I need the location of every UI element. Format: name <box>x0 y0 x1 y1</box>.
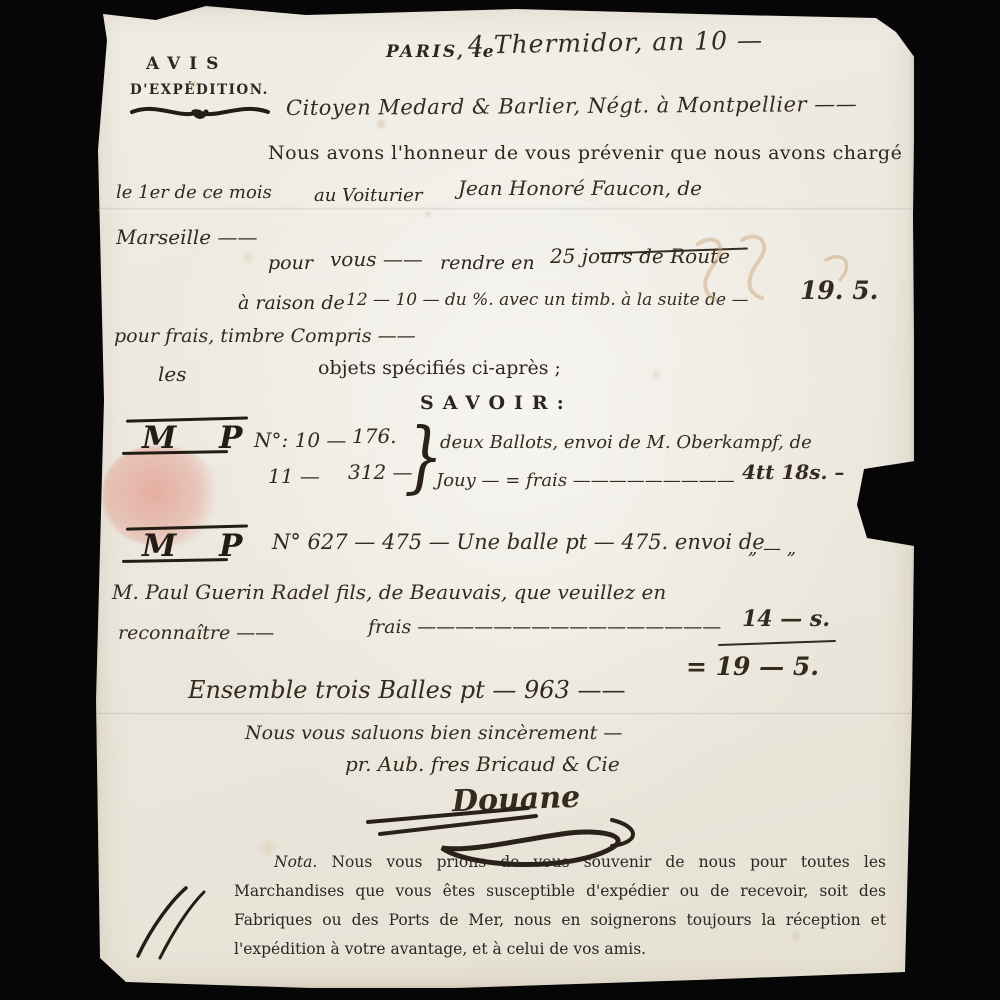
entry2-line3-frais: frais ———————————————— <box>368 616 721 638</box>
fold-crease <box>98 207 912 211</box>
expedition-label: D'EXPÉDITION. <box>130 82 269 98</box>
body-line1: Nous avons l'honneur de vous prévenir qu… <box>268 142 902 164</box>
avis-label: AVIS <box>146 54 227 74</box>
entry1-weight2: 312 — <box>348 460 413 484</box>
entry1-description1: deux Ballots, envoi de M. Oberkampf, de <box>440 432 812 453</box>
body-line3-hand: Marseille —— <box>116 225 257 249</box>
entry1-weight1: 176. <box>352 424 397 448</box>
fold-crease <box>98 712 912 716</box>
body-line4-printed1: pour <box>268 252 313 274</box>
body-line4-hand1: vous —— <box>330 247 423 271</box>
header-swash-bracket-icon <box>128 100 273 128</box>
body-line4-printed2: rendre en <box>440 252 535 274</box>
body-line5-printed: à raison de <box>238 292 345 314</box>
entry2-line3-left: reconnaître —— <box>118 622 274 644</box>
entry2-line2: M. Paul Guerin Radel fils, de Beauvais, … <box>112 580 666 604</box>
total-amount: = 19 — 5. <box>686 652 819 681</box>
closing-line: Nous vous saluons bien sincèrement — <box>245 722 622 744</box>
entry2-line1: N° 627 — 475 — Une balle pt — 475. envoi… <box>272 530 765 554</box>
salutation-line: Citoyen Medard & Barlier, Négt. à Montpe… <box>286 92 857 120</box>
entry1-amount: 4tt 18s. – <box>742 460 844 484</box>
entry1-number2: 11 — <box>268 464 320 488</box>
entry1-description2: Jouy — = frais ————————— <box>436 470 735 491</box>
scanned-document: AVIS D'EXPÉDITION. PARIS, le 4 Thermidor… <box>0 0 1000 1000</box>
body-line6-hand: pour frais, timbre Compris —— <box>114 325 416 347</box>
nota-paragraph: Nota. Nous vous prions de vous souvenir … <box>234 848 886 964</box>
signature-firm: pr. Aub. fres Bricaud & Cie <box>345 752 620 776</box>
entry1-mark: M P <box>142 420 258 456</box>
body-line2-printed: au Voiturier <box>314 185 422 206</box>
ensemble-line: Ensemble trois Balles pt — 963 —— <box>188 676 625 704</box>
entry1-number1: N°: 10 — <box>254 428 346 452</box>
nota-text: Nous vous prions de vous souvenir de nou… <box>234 853 886 958</box>
entry2-ditto-marks: „ — „ <box>748 538 796 559</box>
body-line2-hand1: le 1er de ce mois <box>116 182 272 203</box>
nota-label: Nota. <box>274 853 317 871</box>
entry2-mark: M P <box>142 528 258 564</box>
ink-bleedthrough-mark <box>676 230 876 330</box>
body-line7-printed: objets spécifiés ci-après ; <box>318 357 561 379</box>
date-handwritten: 4 Thermidor, an 10 — <box>468 25 763 59</box>
double-slash-pen-mark-icon <box>128 882 228 962</box>
body-line7-hand: les <box>158 362 187 386</box>
entry2-amount: 14 — s. <box>742 606 830 632</box>
body-line2-hand2: Jean Honoré Faucon, de <box>458 176 702 200</box>
